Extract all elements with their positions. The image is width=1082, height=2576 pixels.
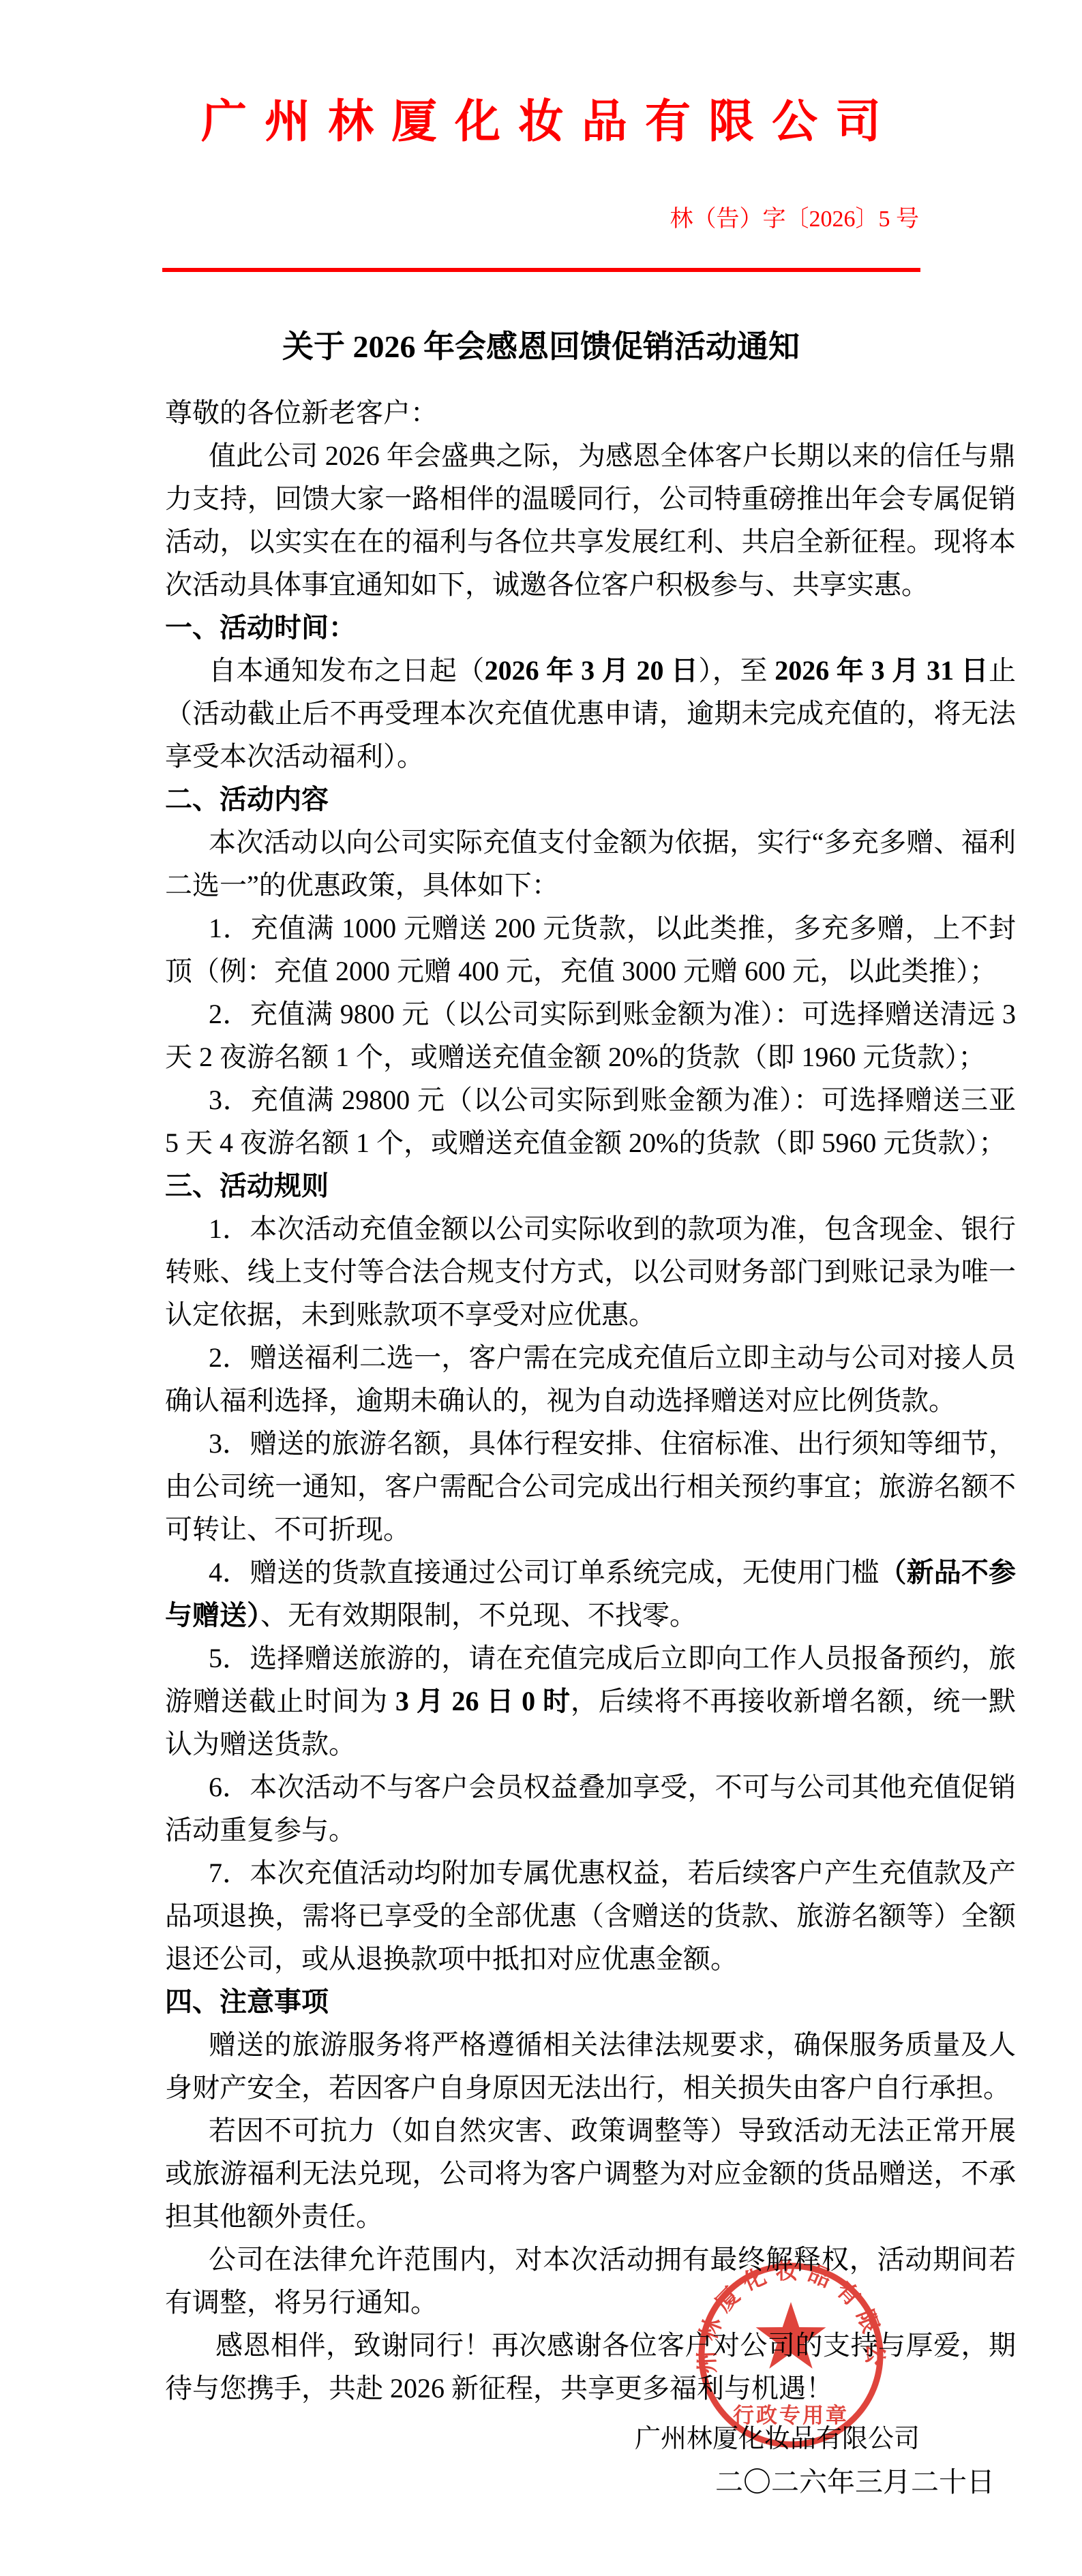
company-header: 广州林厦化妆品有限公司 [0, 100, 1082, 145]
activity-time-paragraph: 自本通知发布之日起（2026 年 3 月 20 日），至 2026 年 3 月 … [165, 649, 1016, 778]
heading-activity-time: 一、活动时间： [165, 606, 1016, 649]
intro-paragraph: 值此公司 2026 年会盛典之际，为感恩全体客户长期以来的信任与鼎力支持，回馈大… [165, 434, 1016, 606]
note-force-majeure: 若因不可抗力（如自然灾害、政策调整等）导致活动无法正常开展或旅游福利无法兑现，公… [165, 2109, 1016, 2238]
rule-no-stacking: 6．本次活动不与客户会员权益叠加享受，不可与公司其他充值促销活动重复参与。 [165, 1766, 1016, 1851]
closing-paragraph: 感恩相伴，致谢同行！再次感谢各位客户对公司的支持与厚爱，期待与您携手，共赴 20… [165, 2324, 1016, 2410]
note-interpretation: 公司在法律允许范围内，对本次活动拥有最终解释权，活动期间若有调整，将另行通知。 [165, 2238, 1016, 2324]
heading-activity-content: 二、活动内容 [165, 778, 1016, 821]
document-page: 广州林厦化妆品有限公司 林（告）字〔2026〕5 号 关于 2026 年会感恩回… [0, 100, 1082, 2504]
rule-refund: 7．本次充值活动均附加专属优惠权益，若后续客户产生充值款及产品项退换，需将已享受… [165, 1851, 1016, 1980]
rule-payment: 1．本次活动充值金额以公司实际收到的款项为准，包含现金、银行转账、线上支付等合法… [165, 1207, 1016, 1336]
signature-company: 广州林厦化妆品有限公司 [0, 2418, 995, 2461]
doc-number: 林（告）字〔2026〕5 号 [0, 208, 1082, 231]
rule-benefit-choice: 2．赠送福利二选一，客户需在完成充值后立即主动与公司对接人员确认福利选择，逾期未… [165, 1336, 1016, 1422]
signature-date: 二〇二六年三月二十日 [0, 2461, 995, 2504]
greeting: 尊敬的各位新老客户： [165, 391, 1016, 434]
item-recharge-1000: 1．充值满 1000 元赠送 200 元货款，以此类推，多充多赠，上不封顶（例：… [165, 907, 1016, 992]
signature-block: 广州林厦化妆品有限公司 二〇二六年三月二十日 [0, 2418, 995, 2504]
document-body: 尊敬的各位新老客户： 值此公司 2026 年会盛典之际，为感恩全体客户长期以来的… [165, 391, 1016, 2410]
item-recharge-9800: 2．充值满 9800 元（以公司实际到账金额为准）：可选择赠送清远 3 天 2 … [165, 992, 1016, 1078]
header-divider-rule [162, 268, 920, 272]
rule-travel-quota: 3．赠送的旅游名额，具体行程安排、住宿标准、出行须知等细节，由公司统一通知，客户… [165, 1422, 1016, 1551]
heading-notes: 四、注意事项 [165, 1980, 1016, 2023]
item-recharge-29800: 3．充值满 29800 元（以公司实际到账金额为准）：可选择赠送三亚 5 天 4… [165, 1078, 1016, 1164]
note-travel-service: 赠送的旅游服务将严格遵循相关法律法规要求，确保服务质量及人身财产安全，若因客户自… [165, 2023, 1016, 2109]
rule-goods-credit: 4．赠送的货款直接通过公司订单系统完成，无使用门槛（新品不参与赠送）、无有效期限… [165, 1551, 1016, 1637]
rule-travel-deadline: 5．选择赠送旅游的，请在充值完成后立即向工作人员报备预约，旅游赠送截止时间为 3… [165, 1637, 1016, 1766]
page-title: 关于 2026 年会感恩回馈促销活动通知 [0, 323, 1082, 371]
content-intro-paragraph: 本次活动以向公司实际充值支付金额为依据，实行“多充多赠、福利二选一”的优惠政策，… [165, 821, 1016, 907]
heading-activity-rules: 三、活动规则 [165, 1164, 1016, 1207]
